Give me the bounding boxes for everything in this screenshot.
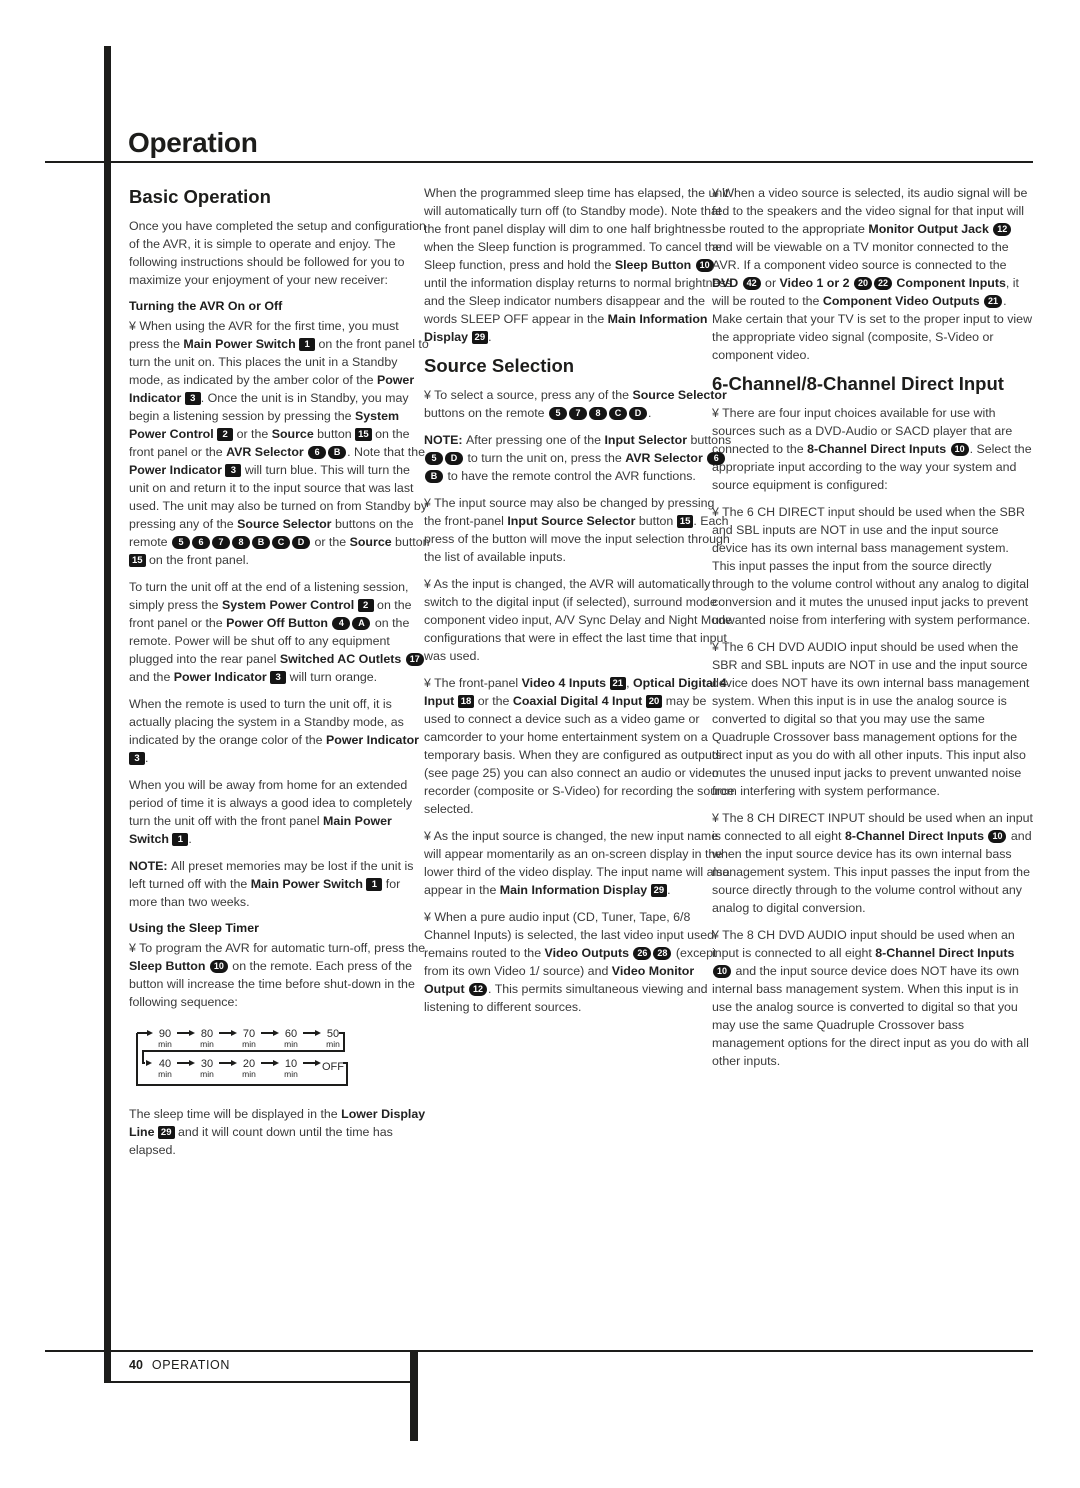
bold-run: Source — [350, 535, 395, 549]
bold-run: Power Indicator — [129, 463, 225, 477]
text-run: on the front panel. — [146, 553, 249, 567]
remote-ref-badge: A — [352, 617, 370, 630]
bold-run: NOTE: — [424, 433, 466, 447]
left-margin-bar — [104, 46, 111, 1383]
bold-run: 8-Channel Direct Inputs — [807, 442, 950, 456]
remote-ref-badge: 8 — [232, 536, 250, 549]
paragraph: When the remote is used to turn the unit… — [129, 695, 430, 767]
panel-ref-badge: 15 — [677, 515, 694, 528]
footer-rule-bottom — [104, 1381, 415, 1383]
svg-text:min: min — [158, 1069, 172, 1079]
remote-ref-badge: C — [609, 407, 627, 420]
text-run: . — [667, 883, 670, 897]
bold-run: Input Source Selector — [507, 514, 639, 528]
bold-run: Coaxial Digital 4 Input — [513, 694, 646, 708]
svg-text:min: min — [284, 1039, 298, 1049]
paragraph: ¥ The input source may also be changed b… — [424, 494, 735, 566]
remote-ref-badge: 10 — [988, 830, 1006, 843]
bold-run: AVR Selector — [226, 445, 307, 459]
section-heading: 6-Channel/8-Channel Direct Input — [712, 373, 1035, 395]
page-title: Operation — [128, 127, 258, 159]
bold-run: 8-Channel Direct Inputs — [875, 946, 1014, 960]
bold-run: Main Information Display — [500, 883, 651, 897]
bold-run: Switched AC Outlets — [280, 652, 405, 666]
paragraph: When you will be away from home for an e… — [129, 776, 430, 848]
paragraph: ¥ When a video source is selected, its a… — [712, 184, 1035, 364]
footer-divider-bar — [410, 1351, 418, 1441]
remote-ref-badge: 10 — [210, 960, 228, 973]
text-run: button — [317, 427, 355, 441]
panel-ref-badge: 3 — [225, 464, 241, 477]
text-run: will turn orange. — [286, 670, 377, 684]
bold-run: System Power Control — [222, 598, 358, 612]
text-run: . Note that the — [347, 445, 425, 459]
section-heading: Basic Operation — [129, 186, 430, 208]
text-run: . — [648, 406, 651, 420]
paragraph: Once you have completed the setup and co… — [129, 217, 430, 289]
panel-ref-badge: 1 — [172, 833, 188, 846]
text-run: button — [639, 514, 677, 528]
text-run: and the input source device does NOT hav… — [712, 964, 1029, 1068]
bold-run: DVD — [712, 276, 742, 290]
svg-text:min: min — [284, 1069, 298, 1079]
footer: 40OPERATION — [129, 1358, 230, 1372]
bold-run: Main Power Switch — [183, 337, 299, 351]
header-rule — [45, 161, 1033, 163]
text-run: After pressing one of the — [466, 433, 604, 447]
text-run: buttons on the remote — [424, 406, 548, 420]
paragraph: ¥ To program the AVR for automatic turn-… — [129, 939, 430, 1011]
svg-text:min: min — [242, 1039, 256, 1049]
svg-text:min: min — [326, 1039, 340, 1049]
text-run: ¥ To program the AVR for automatic turn-… — [129, 941, 425, 955]
paragraph: ¥ The 8 CH DIRECT INPUT should be used w… — [712, 809, 1035, 917]
bold-run: Source — [272, 427, 317, 441]
panel-ref-badge: 15 — [355, 428, 372, 441]
panel-ref-badge: 20 — [646, 695, 663, 708]
sub-heading: Turning the AVR On or Off — [129, 298, 430, 315]
paragraph: ¥ The front-panel Video 4 Inputs 21, Opt… — [424, 674, 735, 818]
bold-run: Component Video Outputs — [823, 294, 983, 308]
remote-ref-badge: 4 — [332, 617, 350, 630]
bold-run: Sleep Button — [615, 258, 695, 272]
panel-ref-badge: 1 — [366, 878, 382, 891]
panel-ref-badge: 3 — [185, 392, 201, 405]
svg-text:min: min — [158, 1039, 172, 1049]
bold-run: Input Selector — [604, 433, 690, 447]
panel-ref-badge: 18 — [458, 695, 475, 708]
column-right: ¥ When a video source is selected, its a… — [712, 184, 1035, 1079]
svg-text:OFF: OFF — [322, 1061, 344, 1073]
paragraph: When the programmed sleep time has elaps… — [424, 184, 735, 346]
remote-ref-badge: 5 — [172, 536, 190, 549]
text-run: ¥ The front-panel — [424, 676, 522, 690]
remote-ref-badge: B — [425, 470, 443, 483]
remote-ref-badge: D — [445, 452, 463, 465]
bold-run: Power Indicator — [326, 733, 419, 747]
remote-ref-badge: 6 — [308, 446, 326, 459]
text-run: ¥ As the input is changed, the AVR will … — [424, 577, 732, 663]
remote-ref-badge: 28 — [653, 947, 671, 960]
remote-ref-badge: 8 — [589, 407, 607, 420]
text-run: and will be viewable on a TV monitor con… — [712, 240, 1009, 272]
bold-run: Source Selector — [237, 517, 335, 531]
text-run: or the — [474, 694, 513, 708]
remote-ref-badge: 6 — [192, 536, 210, 549]
remote-ref-badge: 17 — [406, 653, 424, 666]
panel-ref-badge: 29 — [651, 884, 668, 897]
bold-run: Sleep Button — [129, 959, 209, 973]
paragraph: ¥ The 8 CH DVD AUDIO input should be use… — [712, 926, 1035, 1070]
panel-ref-badge: 29 — [158, 1126, 175, 1139]
paragraph: To turn the unit off at the end of a lis… — [129, 578, 430, 686]
panel-ref-badge: 3 — [270, 671, 286, 684]
text-run: may be used to connect a device such as … — [424, 694, 734, 816]
remote-ref-badge: 26 — [633, 947, 651, 960]
remote-ref-badge: 20 — [854, 277, 872, 290]
paragraph: ¥ The 6 CH DVD AUDIO input should be use… — [712, 638, 1035, 800]
sub-heading: Using the Sleep Timer — [129, 920, 430, 937]
paragraph: NOTE: All preset memories may be lost if… — [129, 857, 430, 911]
svg-text:min: min — [200, 1039, 214, 1049]
remote-ref-badge: 5 — [425, 452, 443, 465]
bold-run: Power Off Button — [226, 616, 331, 630]
text-run: , — [626, 676, 633, 690]
bold-run: Video 1 or 2 — [780, 276, 853, 290]
remote-ref-badge: D — [629, 407, 647, 420]
text-run: ¥ The 6 CH DIRECT input should be used w… — [712, 505, 1030, 627]
svg-text:min: min — [242, 1069, 256, 1079]
panel-ref-badge: 3 — [129, 752, 145, 765]
section-heading: Source Selection — [424, 355, 735, 377]
paragraph: The sleep time will be displayed in the … — [129, 1105, 430, 1159]
remote-ref-badge: 7 — [212, 536, 230, 549]
remote-ref-badge: 5 — [549, 407, 567, 420]
bold-run: Monitor Output Jack — [868, 222, 992, 236]
paragraph: ¥ When using the AVR for the first time,… — [129, 317, 430, 569]
text-run: or — [762, 276, 780, 290]
remote-ref-badge: 21 — [984, 295, 1002, 308]
remote-ref-badge: D — [292, 536, 310, 549]
remote-ref-badge: 12 — [993, 223, 1011, 236]
sleep-sequence-diagram: 90min80min70min60min50min40min30min20min… — [131, 1022, 355, 1090]
paragraph: ¥ There are four input choices available… — [712, 404, 1035, 494]
remote-ref-badge: 10 — [713, 965, 731, 978]
footer-page-number: 40 — [129, 1358, 143, 1372]
remote-ref-badge: 12 — [469, 983, 487, 996]
remote-ref-badge: B — [252, 536, 270, 549]
bold-run: 8-Channel Direct Inputs — [845, 829, 988, 843]
text-run: ¥ To select a source, press any of the — [424, 388, 632, 402]
bold-run: NOTE: — [129, 859, 171, 873]
paragraph: ¥ When a pure audio input (CD, Tuner, Ta… — [424, 908, 735, 1016]
manual-page: Operation Basic OperationOnce you have c… — [0, 0, 1080, 1488]
panel-ref-badge: 2 — [217, 428, 233, 441]
text-run: . — [145, 751, 148, 765]
paragraph: ¥ The 6 CH DIRECT input should be used w… — [712, 503, 1035, 629]
remote-ref-badge: B — [328, 446, 346, 459]
remote-ref-badge: 42 — [743, 277, 761, 290]
text-run: to have the remote control the AVR funct… — [444, 469, 696, 483]
remote-ref-badge: C — [272, 536, 290, 549]
paragraph: ¥ As the input is changed, the AVR will … — [424, 575, 735, 665]
column-middle: When the programmed sleep time has elaps… — [424, 184, 735, 1025]
text-run: ¥ The 6 CH DVD AUDIO input should be use… — [712, 640, 1029, 798]
remote-ref-badge: 22 — [874, 277, 892, 290]
paragraph: ¥ To select a source, press any of the S… — [424, 386, 735, 422]
bold-run: Power Indicator — [174, 670, 270, 684]
remote-ref-badge: 10 — [951, 443, 969, 456]
footer-rule-top — [45, 1350, 1033, 1352]
panel-ref-badge: 2 — [358, 599, 374, 612]
text-run: to turn the unit on, press the — [464, 451, 625, 465]
bold-run: Video 4 Inputs — [522, 676, 610, 690]
panel-ref-badge: 29 — [472, 331, 489, 344]
text-run: The sleep time will be displayed in the — [129, 1107, 341, 1121]
text-run: . — [188, 832, 191, 846]
bold-run: Video Outputs — [545, 946, 633, 960]
paragraph: ¥ As the input source is changed, the ne… — [424, 827, 735, 899]
paragraph: NOTE: After pressing one of the Input Se… — [424, 431, 735, 485]
text-run: or the — [233, 427, 272, 441]
bold-run: Main Power Switch — [251, 877, 367, 891]
panel-ref-badge: 21 — [610, 677, 627, 690]
text-run: and the — [129, 670, 174, 684]
text-run: Once you have completed the setup and co… — [129, 219, 426, 287]
remote-ref-badge: 7 — [569, 407, 587, 420]
text-run: or the — [311, 535, 350, 549]
svg-text:min: min — [200, 1069, 214, 1079]
bold-run: AVR Selector — [625, 451, 706, 465]
panel-ref-badge: 1 — [299, 338, 315, 351]
panel-ref-badge: 15 — [129, 554, 146, 567]
bold-run: Component Inputs — [893, 276, 1006, 290]
text-run: . — [488, 330, 491, 344]
column-left: Basic OperationOnce you have completed t… — [129, 184, 430, 1168]
remote-ref-badge: 10 — [696, 259, 714, 272]
footer-section-label: OPERATION — [152, 1358, 230, 1372]
